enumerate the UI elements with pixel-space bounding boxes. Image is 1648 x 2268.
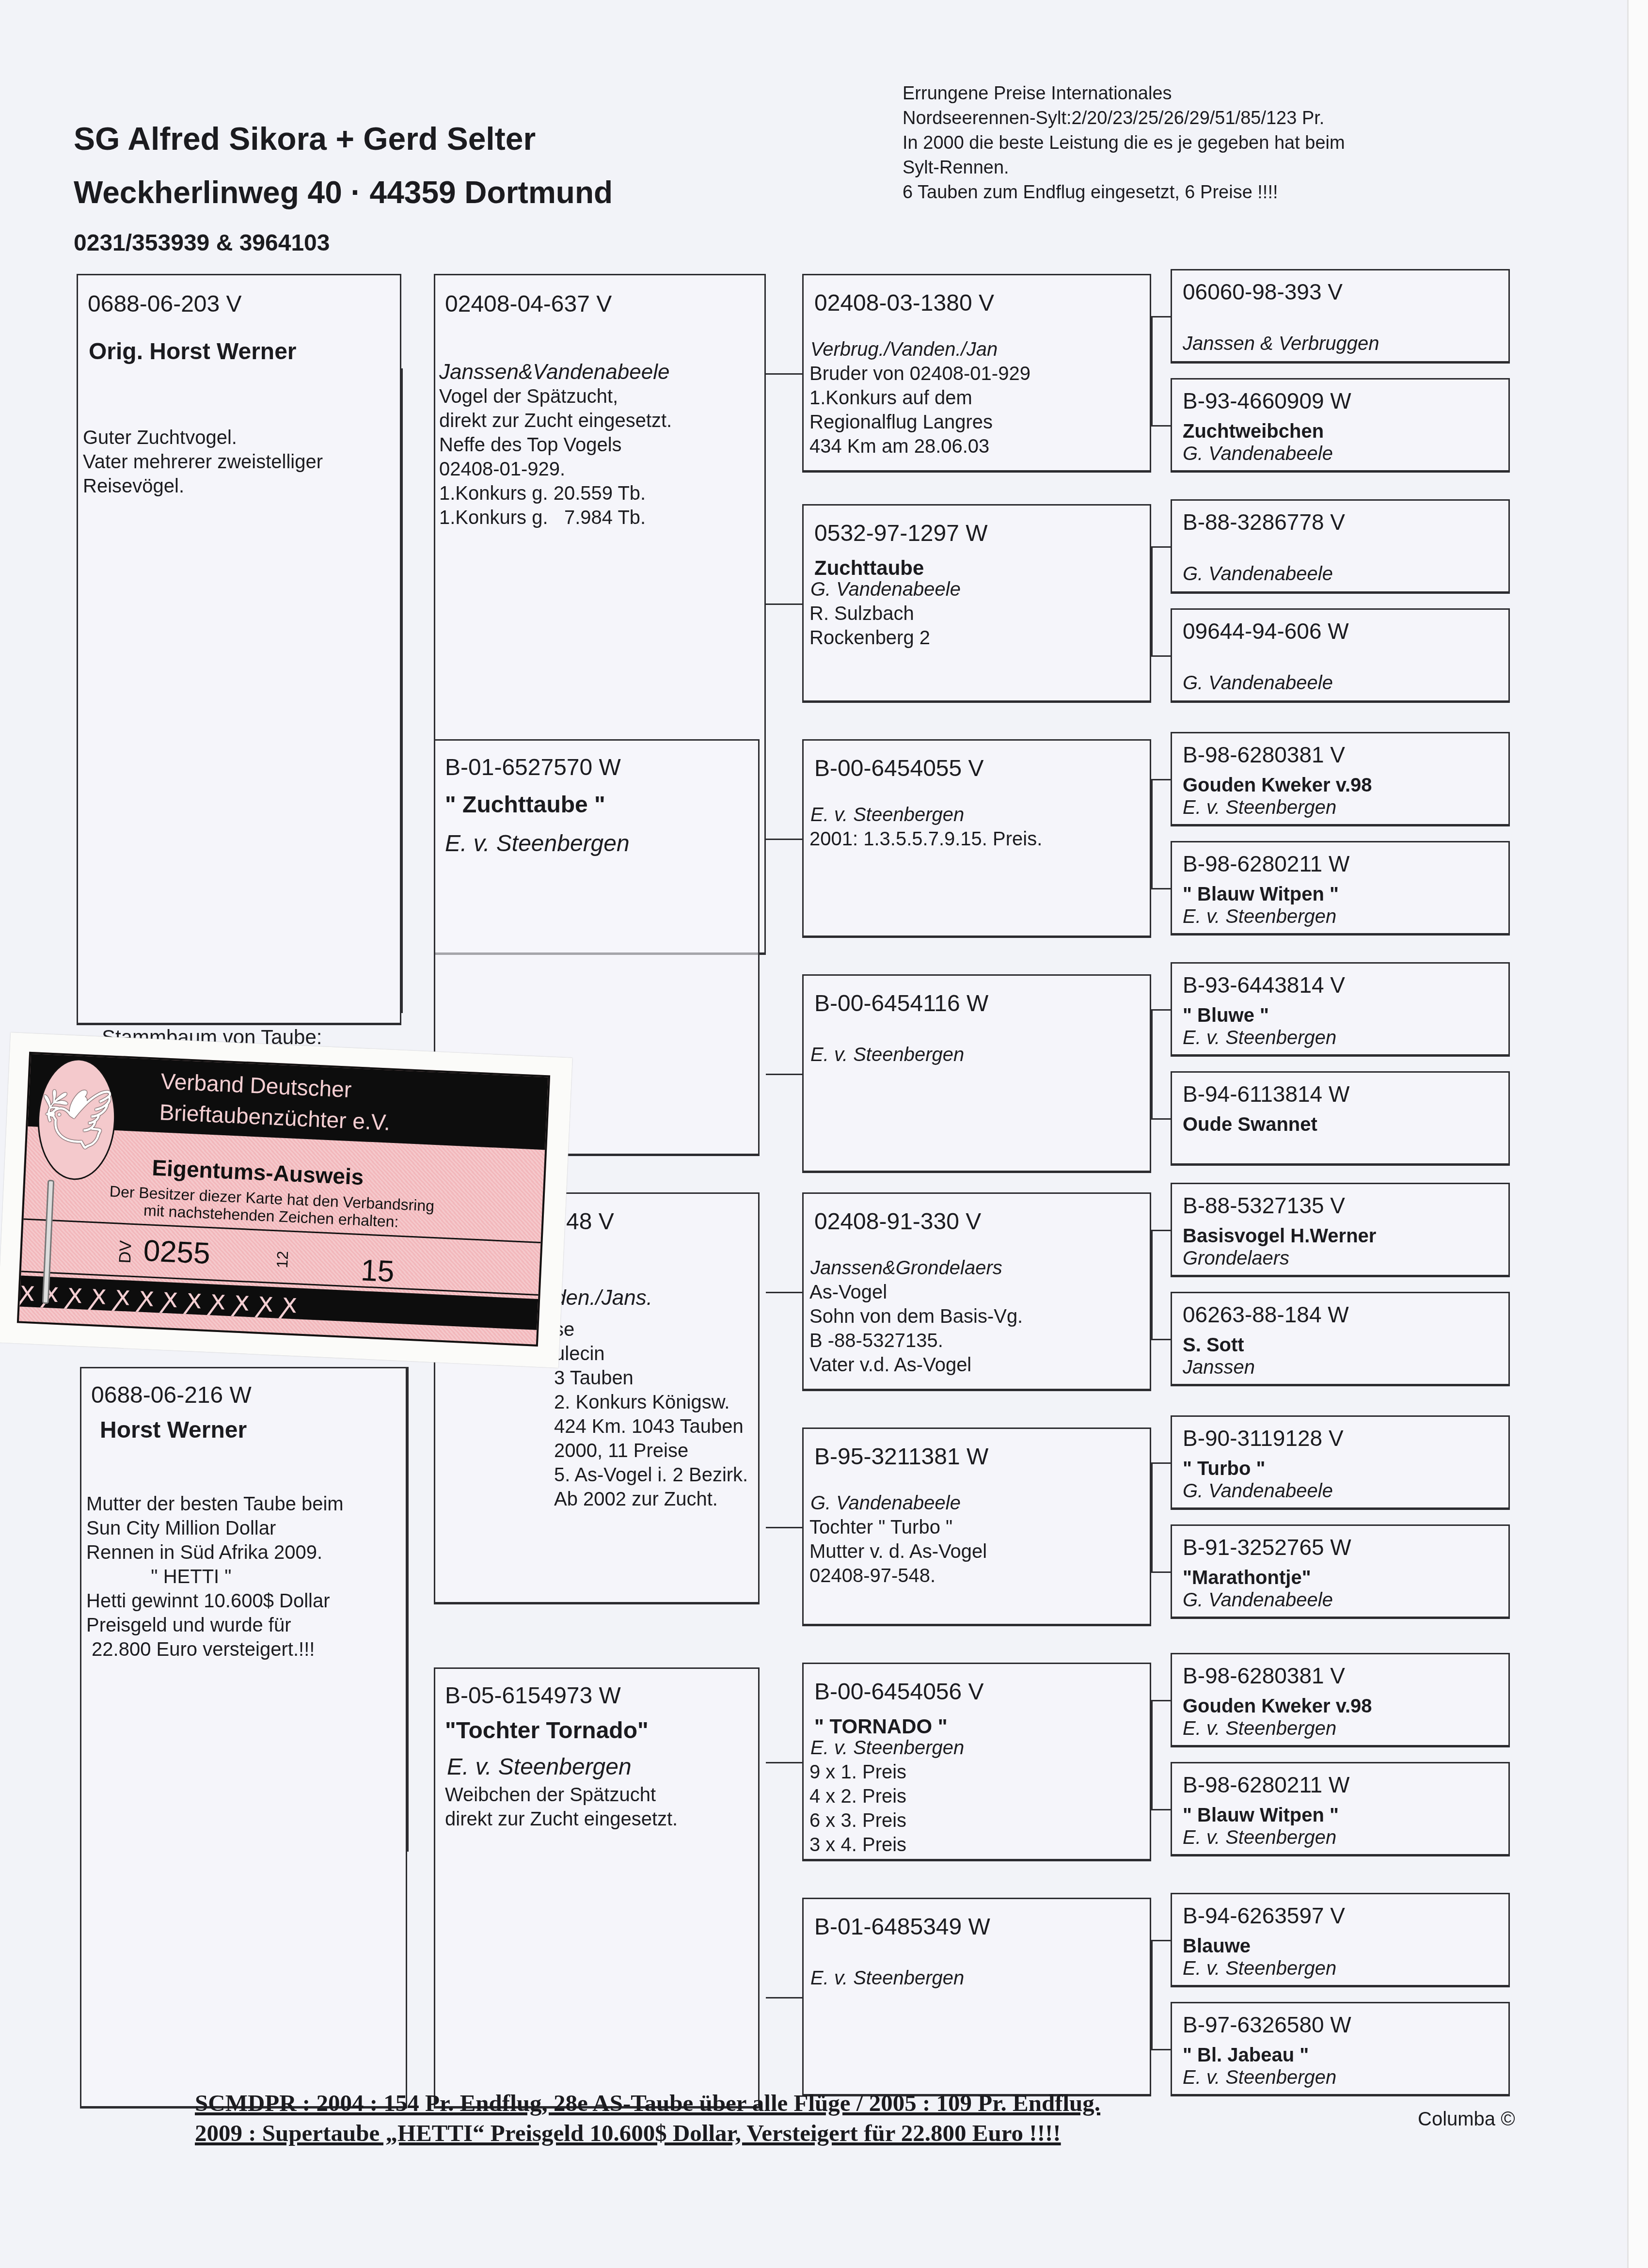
pigeon-notes: As-Vogel Sohn von dem Basis-Vg. B -88-53… xyxy=(809,1280,1023,1377)
pedigree-box-g4-7: B-93-6443814 V" Bluwe "E. v. Steenbergen xyxy=(1171,962,1510,1057)
connector-line xyxy=(1151,1571,1171,1573)
ring-number: 48 V xyxy=(566,1208,614,1235)
connector-line xyxy=(1151,1118,1171,1120)
pigeon-notes: Weibchen der Spätzucht direkt zur Zucht … xyxy=(445,1783,678,1831)
ring-number: B-98-6280211 W xyxy=(1183,851,1349,877)
breeder-address: Weckherlinweg 40 · 44359 Dortmund xyxy=(74,174,613,210)
ring-number: B-98-6280381 V xyxy=(1183,742,1345,768)
ring-number: 0688-06-216 W xyxy=(91,1382,252,1409)
pigeon-name: "Tochter Tornado" xyxy=(445,1717,649,1744)
connector-line xyxy=(1151,1940,1171,1941)
pedigree-box-g3-6: B-95-3211381 W G. VandenabeeleTochter " … xyxy=(802,1427,1151,1626)
pigeon-notes: Guter Zuchtvogel. Vater mehrerer zweiste… xyxy=(83,426,323,498)
pigeon-name: S. Sott xyxy=(1183,1334,1244,1356)
connector-line xyxy=(1151,316,1171,317)
ring-number: B-98-6280381 V xyxy=(1183,1663,1345,1689)
pigeon-notes: Vogel der Spätzucht, direkt zur Zucht ei… xyxy=(439,384,672,530)
connector-line xyxy=(1151,888,1171,889)
ring-number: 0532-97-1297 W xyxy=(814,520,988,547)
connector-line xyxy=(1151,546,1153,655)
breeder-name: E. v. Steenbergen xyxy=(810,804,964,826)
pedigree-box-g4-2: B-93-4660909 WZuchtweibchenG. Vandenabee… xyxy=(1171,378,1510,473)
breeder-name: E. v. Steenbergen xyxy=(1183,796,1336,819)
ring-number: B-00-6454116 W xyxy=(814,990,988,1017)
footer-results-2009: 2009 : Supertaube „HETTI“ Preisgeld 10.6… xyxy=(195,2119,1061,2147)
connector-line xyxy=(1151,1809,1171,1810)
connector-line xyxy=(1151,1009,1171,1011)
pigeon-name: Blauwe xyxy=(1183,1935,1251,1957)
ring-number: 15 xyxy=(360,1253,395,1289)
breeder-title: SG Alfred Sikora + Gerd Selter xyxy=(74,120,536,157)
breeder-name: E. v. Steenbergen xyxy=(810,1737,964,1759)
ring-number: 06263-88-184 W xyxy=(1183,1302,1349,1328)
ring-number: B-05-6154973 W xyxy=(445,1682,621,1709)
pigeon-name: Gouden Kweker v.98 xyxy=(1183,774,1372,796)
ring-number: B-00-6454056 V xyxy=(814,1679,984,1705)
connector-line xyxy=(1151,1230,1153,1339)
breeder-name: E. v. Steenbergen xyxy=(810,1044,964,1066)
ring-number: B-01-6527570 W xyxy=(445,754,621,781)
breeder-name: Janssen&Vandenabeele xyxy=(439,360,669,385)
ring-number: B-98-6280211 W xyxy=(1183,1772,1349,1798)
pigeon-name: " Zuchttaube " xyxy=(445,792,605,818)
pedigree-box-g3-8: B-01-6485349 WE. v. Steenbergen xyxy=(802,1898,1151,2096)
pedigree-box-g4-6: B-98-6280211 W" Blauw Witpen "E. v. Stee… xyxy=(1171,841,1510,936)
pedigree-box-g3-2: 0532-97-1297 WZuchttaube G. Vandenabeele… xyxy=(802,504,1151,703)
pigeon-name: " Bl. Jabeau " xyxy=(1183,2044,1309,2066)
ring-number: B-97-6326580 W xyxy=(1183,2012,1351,2038)
pigeon-notes: Bruder von 02408-01-929 1.Konkurs auf de… xyxy=(809,362,1030,459)
connector-line xyxy=(1151,1009,1153,1118)
connector-line xyxy=(1151,425,1171,427)
pigeon-name: " TORNADO " xyxy=(814,1715,948,1738)
connector-line xyxy=(1151,1339,1171,1340)
breeder-name: E. v. Steenbergen xyxy=(445,830,630,857)
breeder-name: G. Vandenabeele xyxy=(1183,1589,1333,1611)
connector-line xyxy=(1151,1462,1153,1571)
breeder-name: E. v. Steenbergen xyxy=(1183,2066,1336,2089)
connector-line xyxy=(401,368,403,1013)
breeder-name: G. Vandenabeele xyxy=(1183,672,1333,694)
pedigree-box-g3-5: 02408-91-330 V Janssen&GrondelaersAs-Vog… xyxy=(802,1192,1151,1391)
connector-line xyxy=(1151,1700,1171,1701)
connector-line xyxy=(766,373,802,375)
breeder-name: G. Vandenabeele xyxy=(810,578,961,601)
pedigree-box-g4-8: B-94-6113814 WOude Swannet xyxy=(1171,1071,1510,1166)
connector-line xyxy=(1151,1462,1171,1464)
breeder-name: E. v. Steenbergen xyxy=(1183,1826,1336,1849)
pigeon-name: Horst Werner xyxy=(100,1417,247,1443)
breeder-name: Janssen & Verbruggen xyxy=(1183,333,1379,355)
breeder-name: G. Vandenabeele xyxy=(1183,563,1333,585)
ring-number: B-93-4660909 W xyxy=(1183,388,1351,414)
ownership-id-card: Verband Deutscher Brieftaubenzüchter e.V… xyxy=(0,1032,572,1368)
pedigree-box-g2-4: B-05-6154973 W "Tochter Tornado" E. v. S… xyxy=(434,1667,760,2109)
ring-number: B-88-5327135 V xyxy=(1183,1193,1345,1219)
pedigree-box-father: 0688-06-203 V Orig. Horst Werner Guter Z… xyxy=(77,274,401,1025)
connector-line xyxy=(407,1367,409,1852)
pigeon-name: " Blauw Witpen " xyxy=(1183,883,1339,905)
connector-line xyxy=(766,1074,802,1075)
connector-line xyxy=(766,1292,802,1293)
ring-number: 06060-98-393 V xyxy=(1183,279,1343,305)
footer-results-2004-2005: SCMDPR : 2004 : 154 Pr. Endflug, 28e AS-… xyxy=(195,2089,1100,2117)
pedigree-box-g4-11: B-90-3119128 V" Turbo "G. Vandenabeele xyxy=(1171,1415,1510,1510)
connector-line xyxy=(766,1527,802,1528)
pedigree-box-g3-1: 02408-03-1380 V Verbrug./Vanden./JanBrud… xyxy=(802,274,1151,473)
connector-line xyxy=(1151,655,1171,657)
pedigree-box-mother: 0688-06-216 W Horst Werner Mutter der be… xyxy=(80,1367,407,2109)
ring-number: B-94-6263597 V xyxy=(1183,1903,1345,1929)
connector-line xyxy=(1151,779,1171,780)
connector-line xyxy=(1151,1940,1153,2049)
breeder-name: Janssen xyxy=(1183,1356,1255,1379)
breeder-name: G. Vandenabeele xyxy=(810,1492,961,1514)
pigeon-name: Basisvogel H.Werner xyxy=(1183,1225,1376,1247)
pedigree-box-g4-1: 06060-98-393 VJanssen & Verbruggen xyxy=(1171,269,1510,364)
connector-line xyxy=(1151,1700,1153,1809)
pigeon-name: Oude Swannet xyxy=(1183,1113,1317,1136)
ring-number: B-88-3286778 V xyxy=(1183,509,1345,535)
ring-number: 09644-94-606 W xyxy=(1183,619,1349,644)
prizes-note: Errungene Preise Internationales Nordsee… xyxy=(903,81,1345,205)
breeder-name: G. Vandenabeele xyxy=(1183,1480,1333,1502)
pedigree-box-g4-9: B-88-5327135 VBasisvogel H.WernerGrondel… xyxy=(1171,1183,1510,1277)
pedigree-box-g4-10: 06263-88-184 WS. SottJanssen xyxy=(1171,1292,1510,1386)
pedigree-box-g4-4: 09644-94-606 WG. Vandenabeele xyxy=(1171,608,1510,703)
ring-number: 0688-06-203 V xyxy=(88,291,242,317)
copyright-label: Columba © xyxy=(1418,2109,1515,2130)
breeder-name: E. v. Steenbergen xyxy=(1183,905,1336,928)
pedigree-box-g4-12: B-91-3252765 W"Marathontje"G. Vandenabee… xyxy=(1171,1524,1510,1619)
connector-line xyxy=(1151,316,1153,425)
pigeon-name: "Marathontje" xyxy=(1183,1567,1311,1589)
pigeon-notes: 2001: 1.3.5.5.7.9.15. Preis. xyxy=(809,827,1042,851)
breeder-name: den./Jans. xyxy=(554,1286,652,1311)
breeder-name: E. v. Steenbergen xyxy=(1183,1717,1336,1740)
pigeon-notes: se ulecin 3 Tauben 2. Konkurs Königsw. 4… xyxy=(554,1317,748,1511)
pigeon-name: Zuchttaube xyxy=(814,556,924,580)
breeder-name: E. v. Steenbergen xyxy=(1183,1957,1336,1980)
ring-prefix: DV xyxy=(116,1240,136,1264)
connector-line xyxy=(766,603,802,605)
pedigree-box-g4-15: B-94-6263597 VBlauweE. v. Steenbergen xyxy=(1171,1893,1510,1987)
breeder-name: Grondelaers xyxy=(1183,1247,1289,1269)
connector-line xyxy=(1151,546,1171,548)
connector-line xyxy=(766,839,802,840)
ring-number: B-00-6454055 V xyxy=(814,755,984,782)
card-organization: Verband Deutscher Brieftaubenzüchter e.V… xyxy=(158,1065,392,1138)
page-edge xyxy=(1627,0,1648,2268)
connector-line xyxy=(1151,779,1153,888)
pedigree-box-g3-3: B-00-6454055 V E. v. Steenbergen2001: 1.… xyxy=(802,739,1151,938)
ring-number: B-94-6113814 W xyxy=(1183,1081,1349,1107)
breeder-phone: 0231/353939 & 3964103 xyxy=(74,230,330,256)
breeder-name: Verbrug./Vanden./Jan xyxy=(810,338,998,361)
pedigree-box-g4-14: B-98-6280211 W" Blauw Witpen "E. v. Stee… xyxy=(1171,1762,1510,1856)
breeder-name: Janssen&Grondelaers xyxy=(810,1257,1002,1279)
pigeon-name: " Bluwe " xyxy=(1183,1004,1269,1027)
connector-line xyxy=(1151,2049,1171,2050)
pedigree-box-g3-4: B-00-6454116 WE. v. Steenbergen xyxy=(802,974,1151,1173)
pigeon-name: Gouden Kweker v.98 xyxy=(1183,1695,1372,1717)
connector-line xyxy=(1151,1230,1171,1231)
ring-year: 12 xyxy=(273,1251,292,1269)
ring-number: B-93-6443814 V xyxy=(1183,972,1345,998)
breeder-name: E. v. Steenbergen xyxy=(447,1754,632,1780)
pigeon-notes: R. Sulzbach Rockenberg 2 xyxy=(809,602,930,650)
connector-line xyxy=(766,1762,802,1763)
ring-number: 02408-04-637 V xyxy=(445,291,612,317)
pedigree-box-g4-16: B-97-6326580 W" Bl. Jabeau "E. v. Steenb… xyxy=(1171,2002,1510,2096)
breeder-name: E. v. Steenbergen xyxy=(810,1967,964,1989)
breeder-name: E. v. Steenbergen xyxy=(1183,1027,1336,1049)
pigeon-name: " Turbo " xyxy=(1183,1458,1266,1480)
pedigree-box-g4-13: B-98-6280381 VGouden Kweker v.98E. v. St… xyxy=(1171,1653,1510,1747)
pigeon-notes: 9 x 1. Preis 4 x 2. Preis 6 x 3. Preis 3… xyxy=(809,1760,906,1857)
ring-number: 02408-03-1380 V xyxy=(814,290,994,317)
pigeon-name: Zuchtweibchen xyxy=(1183,420,1324,443)
pedigree-box-g4-5: B-98-6280381 VGouden Kweker v.98E. v. St… xyxy=(1171,732,1510,826)
pigeon-notes: Mutter der besten Taube beim Sun City Mi… xyxy=(86,1492,344,1662)
ring-number: B-90-3119128 V xyxy=(1183,1426,1344,1451)
ring-number: 02408-91-330 V xyxy=(814,1208,981,1235)
pigeon-name: Orig. Horst Werner xyxy=(89,338,297,365)
ring-number: B-95-3211381 W xyxy=(814,1443,988,1470)
card-title: Eigentums-Ausweis xyxy=(151,1155,364,1190)
club-number: 0255 xyxy=(143,1234,211,1271)
breeder-name: G. Vandenabeele xyxy=(1183,443,1333,465)
pedigree-box-g4-3: B-88-3286778 VG. Vandenabeele xyxy=(1171,499,1510,594)
pigeon-name: " Blauw Witpen " xyxy=(1183,1804,1339,1826)
pedigree-box-g3-7: B-00-6454056 V " TORNADO "E. v. Steenber… xyxy=(802,1663,1151,1861)
connector-line xyxy=(766,1997,802,1998)
ring-number: B-01-6485349 W xyxy=(814,1914,990,1940)
ring-number: B-91-3252765 W xyxy=(1183,1535,1351,1560)
pigeon-notes: Tochter " Turbo " Mutter v. d. As-Vogel … xyxy=(809,1515,987,1588)
